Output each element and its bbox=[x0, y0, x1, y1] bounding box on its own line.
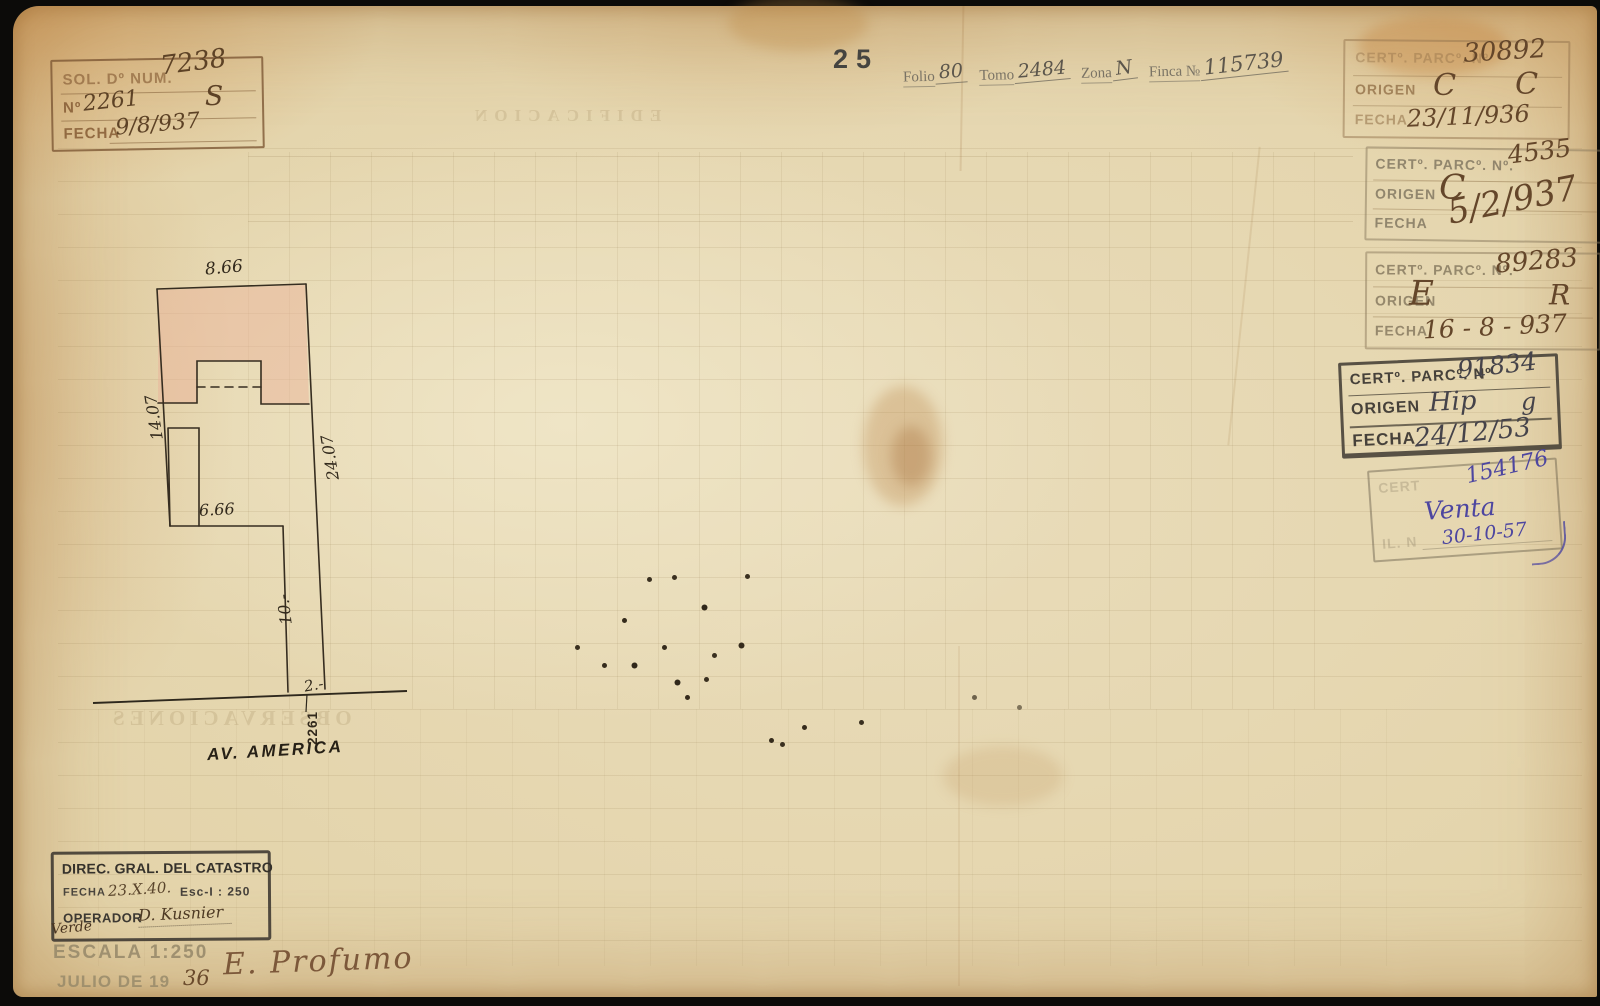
cert-stamp-4: CERTº. PARCº. Nº 91834 ORIGEN Hip g FECH… bbox=[1338, 353, 1562, 459]
cert1-origen-extra-hand: C bbox=[1515, 67, 1538, 102]
cert3-origen-extra-hand: R bbox=[1549, 278, 1570, 311]
dimension-strip: 10.- bbox=[273, 593, 296, 626]
cert4-fecha-label: FECHA bbox=[1352, 429, 1416, 452]
cert-stamp-3: CERTº. PARCº. Nº. 89283 ORIGEN E R FECHA… bbox=[1365, 251, 1600, 350]
cert-stamp-1: CERTº. PARCº. Nº 30892 ORIGEN C C FECHA … bbox=[1343, 39, 1571, 140]
page-number: 25 bbox=[833, 44, 879, 75]
zona-label: Zona bbox=[1081, 65, 1112, 84]
numero-label: Nº bbox=[63, 99, 82, 116]
cert1-number-hand: 30892 bbox=[1462, 34, 1546, 69]
building-fill bbox=[158, 285, 309, 404]
tomo-value: 2484 bbox=[1013, 56, 1071, 84]
street-line bbox=[93, 691, 407, 703]
cert4-fecha-hand: 24/12/53 bbox=[1413, 413, 1532, 454]
finca-label: Finca № bbox=[1149, 63, 1201, 82]
plot-edge-right bbox=[306, 284, 325, 689]
numero-extra-hand: S bbox=[205, 81, 224, 112]
folio-value: 80 bbox=[934, 59, 968, 84]
dimension-bottom: 6.66 bbox=[199, 499, 236, 520]
cert5-title: CERT bbox=[1378, 477, 1421, 496]
numero-hand: 2261 bbox=[82, 86, 140, 117]
cert-stamp-5: CERT 154176 Venta IL. N 30-10-57 bbox=[1367, 457, 1563, 562]
cert5-bottom-label: IL. N bbox=[1382, 533, 1418, 551]
anio-hand: 36 bbox=[183, 966, 210, 990]
plot-drawing bbox=[13, 6, 1597, 997]
cert2-origen-label: ORIGEN bbox=[1375, 185, 1436, 202]
cert1-origen-hand: C bbox=[1433, 68, 1456, 103]
catastro-escala-print: Esc-I : 250 bbox=[180, 884, 250, 898]
escala-text: ESCALA 1:250 bbox=[53, 942, 208, 964]
cert3-title: CERTº. PARCº. Nº. bbox=[1375, 261, 1514, 278]
fecha-hand: 9/8/937 bbox=[114, 108, 201, 140]
scanned-cadastre-card: EDIFICACION OBSERVACIONES bbox=[0, 0, 1600, 1006]
folio-label: Folio bbox=[903, 69, 935, 88]
cert-stamp-2: CERTº. PARCº. Nº. 4535 ORIGEN C FECHA 5/… bbox=[1364, 146, 1600, 243]
zona-value: N bbox=[1110, 55, 1137, 81]
solicitud-label: SOL. Dº NUM. bbox=[62, 70, 172, 89]
cert4-origen-hand: Hip bbox=[1428, 386, 1477, 418]
cert3-fecha-hand: 16 - 8 - 937 bbox=[1422, 309, 1567, 345]
cert1-fecha-label: FECHA bbox=[1355, 111, 1408, 127]
tomo-label: Tomo bbox=[979, 67, 1014, 86]
cert3-number-hand: 89283 bbox=[1494, 243, 1579, 280]
fecha-impresa-text: JULIO DE 19 bbox=[57, 972, 170, 992]
patio-rectangle bbox=[168, 428, 199, 526]
cert2-fecha-label: FECHA bbox=[1374, 214, 1427, 231]
cert4-origen-label: ORIGEN bbox=[1351, 398, 1421, 419]
fecha-label: FECHA bbox=[63, 125, 120, 143]
catastro-operador-hand: D. Kusnier bbox=[138, 902, 232, 928]
firma-hand: E. Profumo bbox=[222, 941, 414, 983]
cert3-fecha-label: FECHA bbox=[1375, 322, 1428, 338]
catastro-title: DIREC. GRAL. DEL CATASTRO bbox=[62, 859, 273, 876]
cert3-origen-hand: E bbox=[1409, 274, 1434, 314]
cert1-origen-label: ORIGEN bbox=[1355, 81, 1416, 98]
document-paper: EDIFICACION OBSERVACIONES bbox=[13, 6, 1597, 997]
cert5-venta-hand: Venta bbox=[1423, 492, 1496, 526]
solicitud-stamp: SOL. Dº NUM. 7238 Nº 2261 S FECHA 9/8/93… bbox=[50, 56, 265, 152]
cert1-fecha-hand: 23/11/936 bbox=[1406, 99, 1530, 132]
dimension-top: 8.66 bbox=[204, 256, 243, 279]
dimension-frontage: 2.- bbox=[303, 674, 325, 695]
catastro-fecha-label: FECHA bbox=[63, 886, 106, 898]
catastro-fecha-hand: 23.X.40. bbox=[107, 878, 171, 900]
